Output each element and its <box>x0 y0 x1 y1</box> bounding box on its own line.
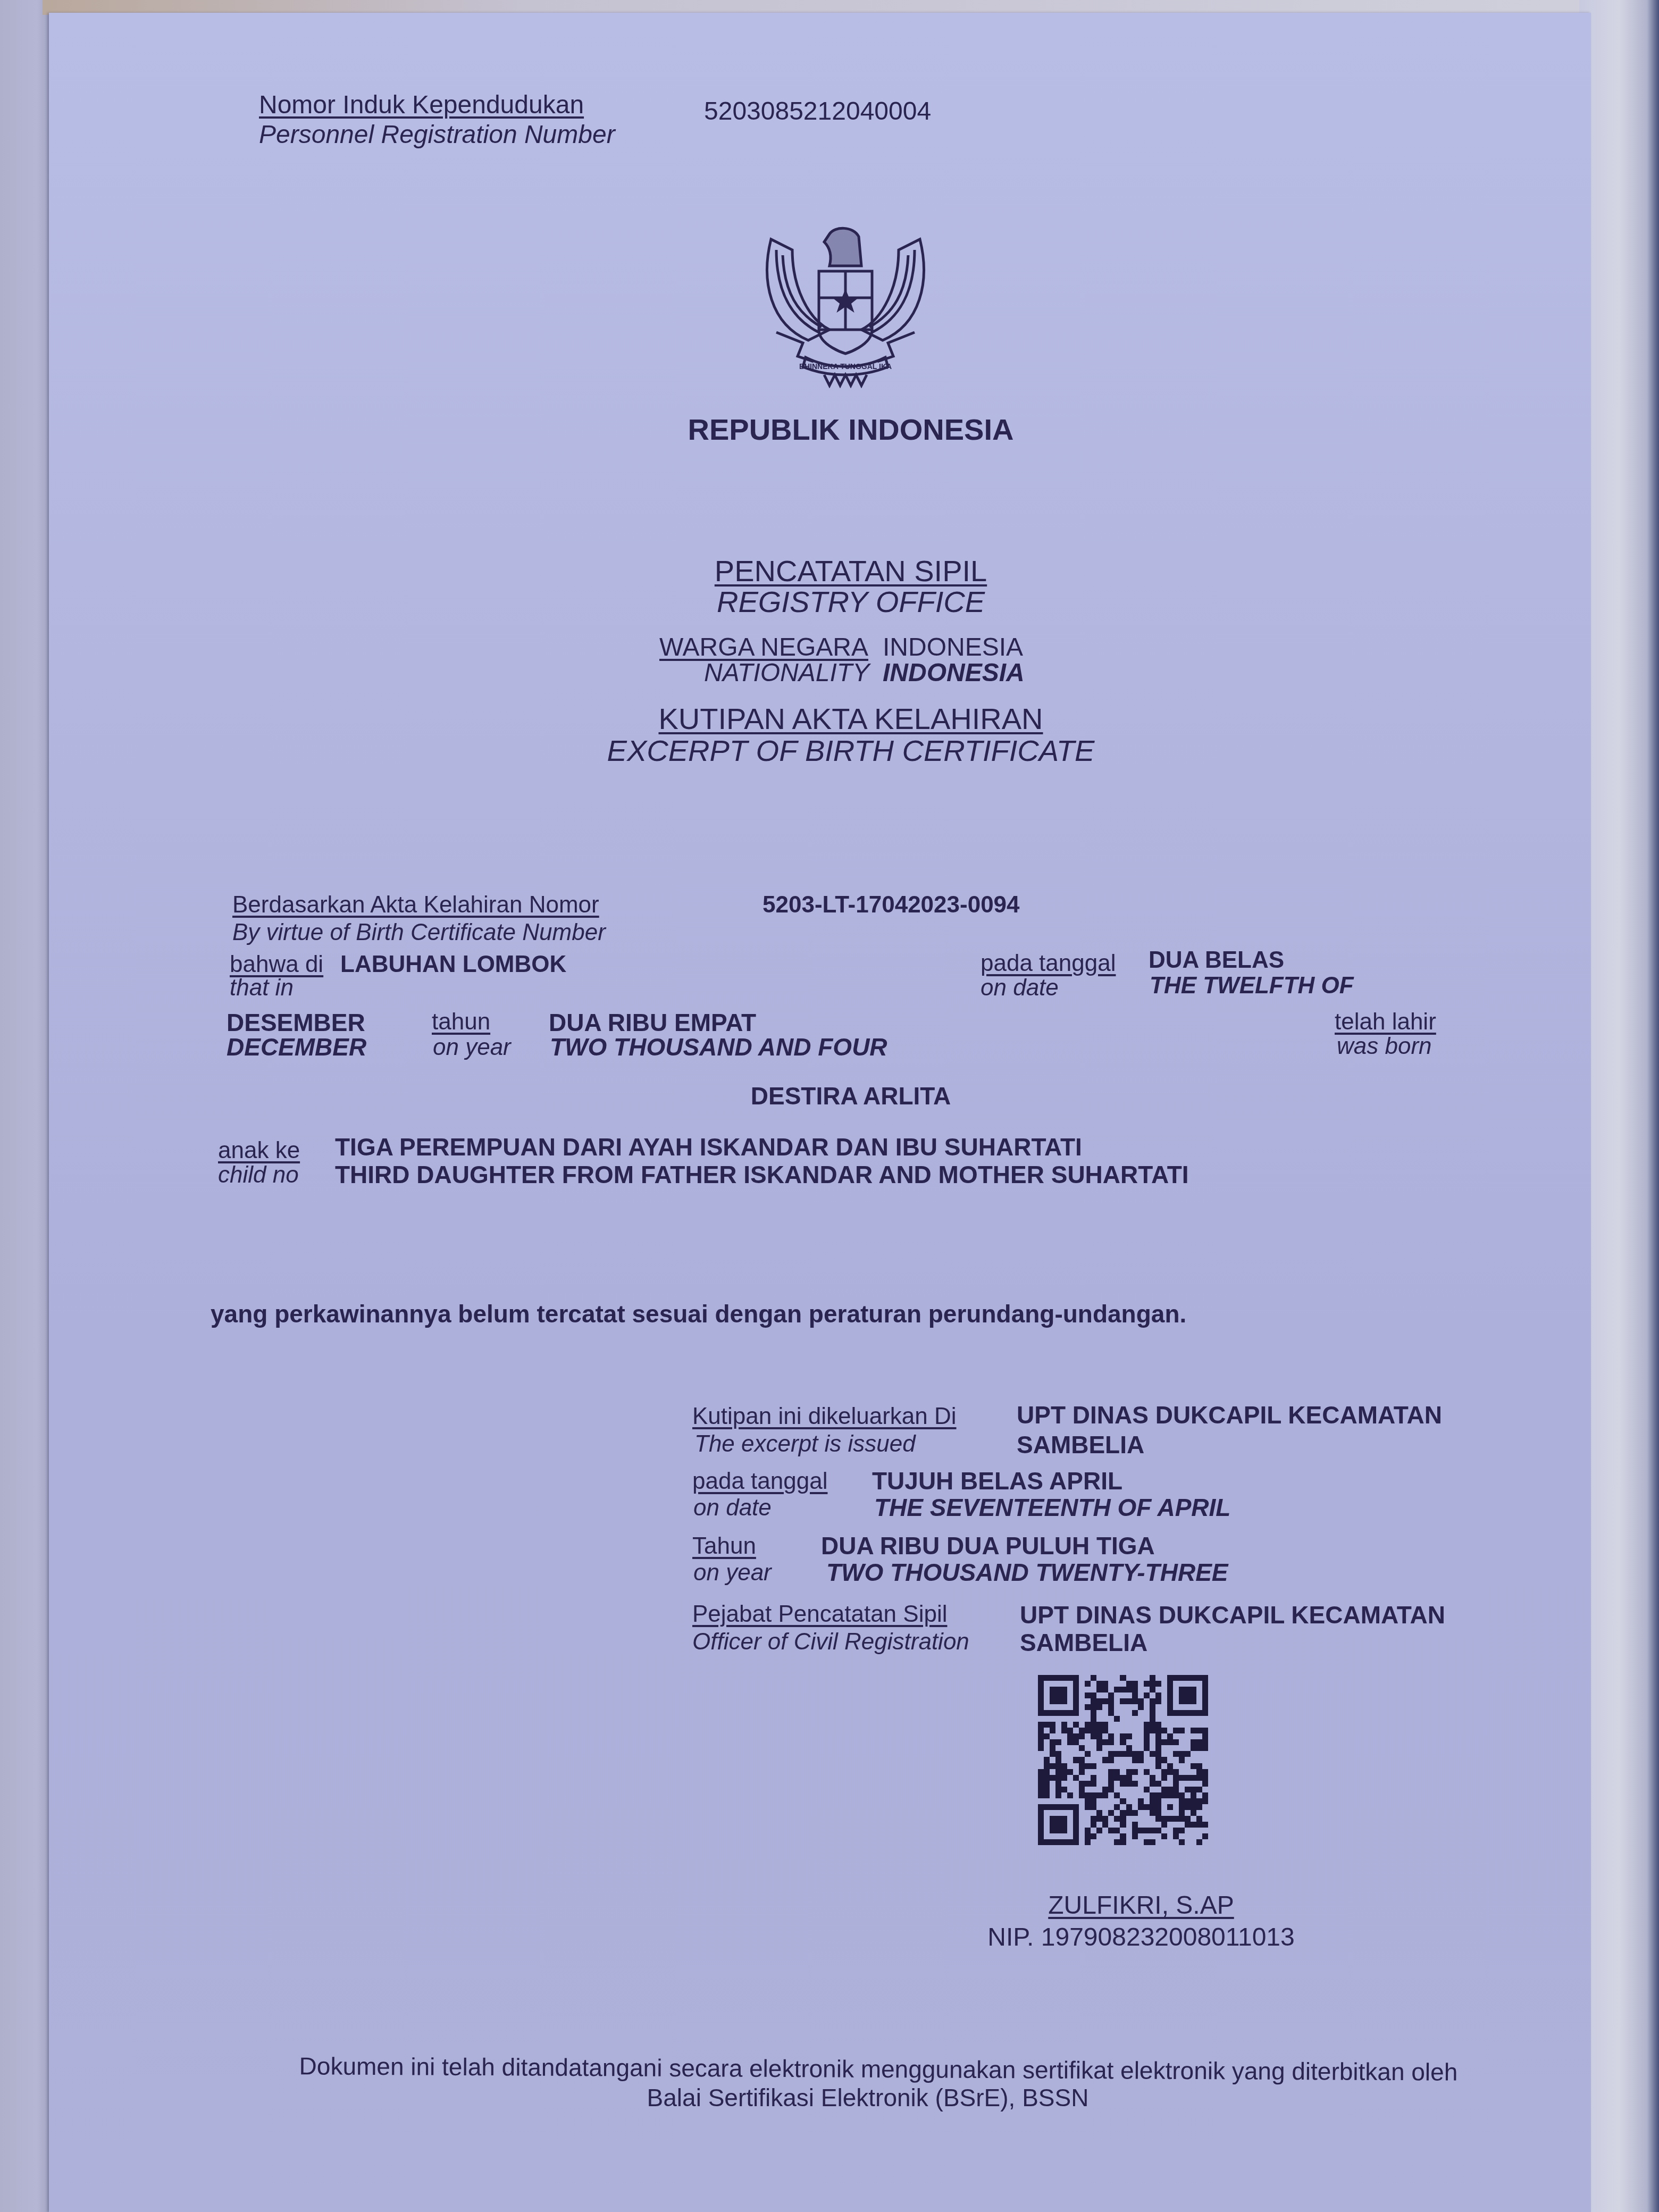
issued-at-line1: UPT DINAS DUKCAPIL KECAMATAN <box>1017 1403 1442 1427</box>
qr-code-icon <box>1038 1675 1208 1845</box>
document-title-en: EXCERPT OF BIRTH CERTIFICATE <box>607 736 1095 766</box>
issued-at-label-en: The excerpt is issued <box>694 1432 916 1456</box>
child-no-label-id: anak ke <box>218 1139 300 1162</box>
year-label-en: on year <box>433 1036 511 1059</box>
signer-name: ZULFIKRI, S.AP <box>1048 1893 1234 1918</box>
cert-number-value: 5203-LT-17042023-0094 <box>763 893 1020 917</box>
officer-label-id: Pejabat Pencatatan Sipil <box>692 1603 947 1626</box>
issue-date-en: THE SEVENTEENTH OF APRIL <box>874 1495 1230 1520</box>
background-right-fabric <box>1579 0 1659 2212</box>
birth-day-en: THE TWELFTH OF <box>1150 974 1354 998</box>
child-no-value-en: THIRD DAUGHTER FROM FATHER ISKANDAR AND … <box>335 1162 1189 1187</box>
issue-date-label-id: pada tanggal <box>692 1470 827 1493</box>
nik-label-id: Nomor Induk Kependudukan <box>259 93 584 118</box>
document-title-id: KUTIPAN AKTA KELAHIRAN <box>658 704 1043 734</box>
date-label-en: on date <box>981 976 1059 1000</box>
birth-month-en: DECEMBER <box>227 1035 366 1059</box>
birth-year-id: DUA RIBU EMPAT <box>549 1010 756 1035</box>
nationality-value-en: INDONESIA <box>883 660 1025 686</box>
office-title-id: PENCATATAN SIPIL <box>715 556 987 586</box>
officer-line1: UPT DINAS DUKCAPIL KECAMATAN <box>1020 1603 1445 1627</box>
child-no-value-id: TIGA PEREMPUAN DARI AYAH ISKANDAR DAN IB… <box>335 1135 1082 1159</box>
esign-footer-line2: Balai Sertifikasi Elektronik (BSrE), BSS… <box>647 2085 1089 2110</box>
child-no-label-en: child no <box>218 1163 299 1187</box>
issue-date-id: TUJUH BELAS APRIL <box>872 1469 1122 1493</box>
country-title: REPUBLIK INDONESIA <box>688 415 1014 445</box>
issue-date-label-en: on date <box>693 1496 772 1520</box>
nik-label-en: Personnel Registration Number <box>259 122 615 148</box>
office-title-en: REGISTRY OFFICE <box>717 587 985 617</box>
place-label-en: that in <box>230 976 294 1000</box>
birth-year-en: TWO THOUSAND AND FOUR <box>550 1035 887 1059</box>
issued-at-line2: SAMBELIA <box>1017 1432 1144 1457</box>
officer-label-en: Officer of Civil Registration <box>692 1630 969 1654</box>
place-value: LABUHAN LOMBOK <box>340 953 566 976</box>
birth-day-id: DUA BELAS <box>1149 949 1284 972</box>
born-label-en: was born <box>1337 1035 1432 1058</box>
birth-month-id: DESEMBER <box>227 1010 365 1035</box>
nationality-label-id: WARGA NEGARA <box>659 635 868 660</box>
birth-certificate-page: Nomor Induk Kependudukan Personnel Regis… <box>49 13 1591 2212</box>
year-label-id: tahun <box>432 1010 490 1034</box>
cert-number-label-id: Berdasarkan Akta Kelahiran Nomor <box>232 893 599 917</box>
date-label-id: pada tanggal <box>981 952 1116 975</box>
born-label-id: telah lahir <box>1335 1010 1436 1034</box>
issued-at-label-id: Kutipan ini dikeluarkan Di <box>692 1405 957 1428</box>
esign-footer-line1: Dokumen ini telah ditandatangani secara … <box>299 2054 1458 2084</box>
nik-value: 5203085212040004 <box>704 99 931 124</box>
officer-line2: SAMBELIA <box>1020 1630 1147 1655</box>
nationality-label-en: NATIONALITY <box>704 660 869 686</box>
garuda-pancasila-emblem-icon: BHINNEKA TUNGGAL IKA <box>755 218 936 388</box>
cert-number-label-en: By virtue of Birth Certificate Number <box>232 921 606 944</box>
issue-year-id: DUA RIBU DUA PULUH TIGA <box>821 1534 1155 1558</box>
child-name: DESTIRA ARLITA <box>751 1084 951 1108</box>
background-left-page <box>0 0 53 2212</box>
issue-year-label-en: on year <box>693 1561 772 1585</box>
signer-nip: NIP. 197908232008011013 <box>987 1925 1294 1950</box>
marriage-note: yang perkawinannya belum tercatat sesuai… <box>211 1302 1186 1326</box>
issue-year-label-id: Tahun <box>692 1535 756 1558</box>
place-label-id: bahwa di <box>230 953 323 976</box>
nationality-value-id: INDONESIA <box>883 635 1023 660</box>
emblem-motto: BHINNEKA TUNGGAL IKA <box>799 362 892 371</box>
issue-year-en: TWO THOUSAND TWENTY-THREE <box>826 1560 1228 1585</box>
